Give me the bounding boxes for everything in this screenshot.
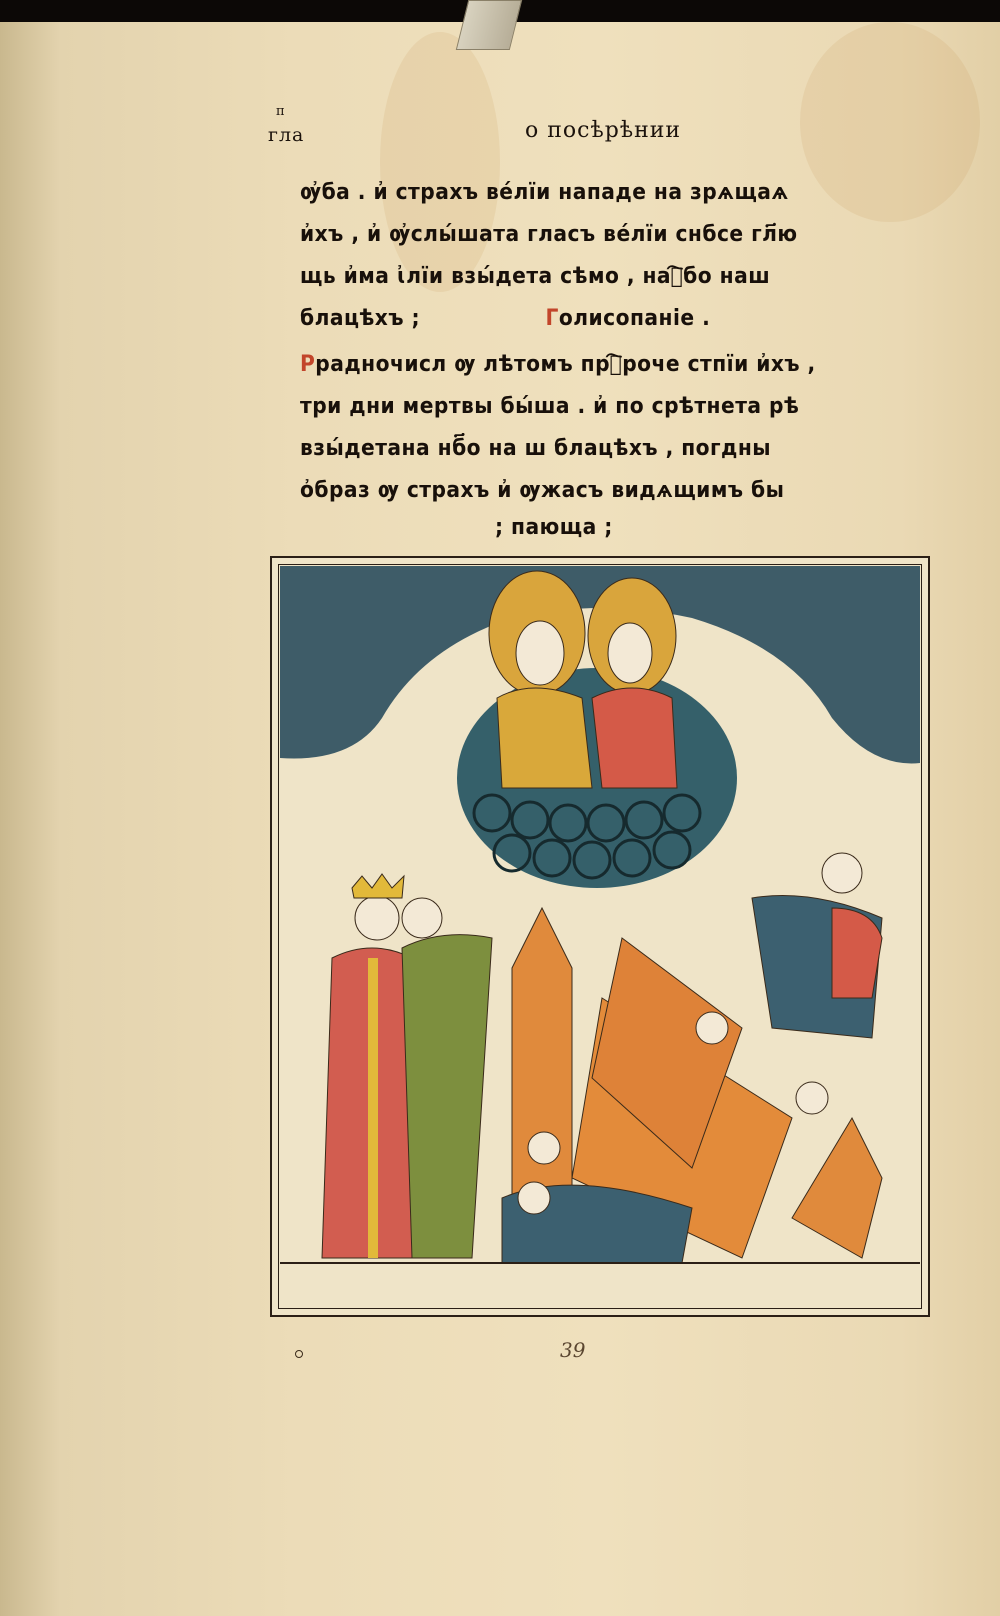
- text-line: ; пающа ;: [495, 515, 613, 540]
- stain: [800, 22, 980, 222]
- text-line: Ррадночисл ѹ лѣтомъ прⷪ҇роче стпїи и҆хъ …: [300, 352, 816, 377]
- page-title: о посѣрѣнии: [525, 118, 681, 143]
- text-line: ѹ҆ба . и҆ страхъ ве́лїи нападе на зрѧщаѧ: [300, 180, 789, 205]
- page-number: 39: [560, 1338, 585, 1362]
- illustration-frame: [278, 564, 922, 1309]
- chapter-label: п гла: [268, 124, 304, 146]
- ink-mark: [295, 1350, 303, 1358]
- rubric-initial: Г: [545, 306, 558, 331]
- text-line: и҆хъ , и҆ ѹ҆слы́шата гласъ ве́лїи снбсе …: [300, 222, 798, 247]
- text-line: о҆браз ѹ страхъ и҆ ѹжасъ видѧщимъ бы: [300, 478, 784, 503]
- chapter-number: п: [276, 104, 286, 119]
- text-line: три дни мертвы бы́ша . и҆ по срѣтнета рѣ: [300, 394, 799, 419]
- stain: [380, 32, 500, 292]
- red-initial: Р: [300, 352, 315, 377]
- text-line: взы́детана нб҃о на ш блацѣхъ , погдны: [300, 436, 771, 461]
- text-line: блацѣхъ ; Голисопаніе .: [300, 306, 710, 331]
- text-line: щь и҆ма ꙇ҆лїи взы́дета сѣмо , наⷩ҇бо наш: [300, 264, 770, 289]
- rubric-text: олисопаніе .: [559, 306, 710, 331]
- miniature-illustration: [270, 556, 930, 1317]
